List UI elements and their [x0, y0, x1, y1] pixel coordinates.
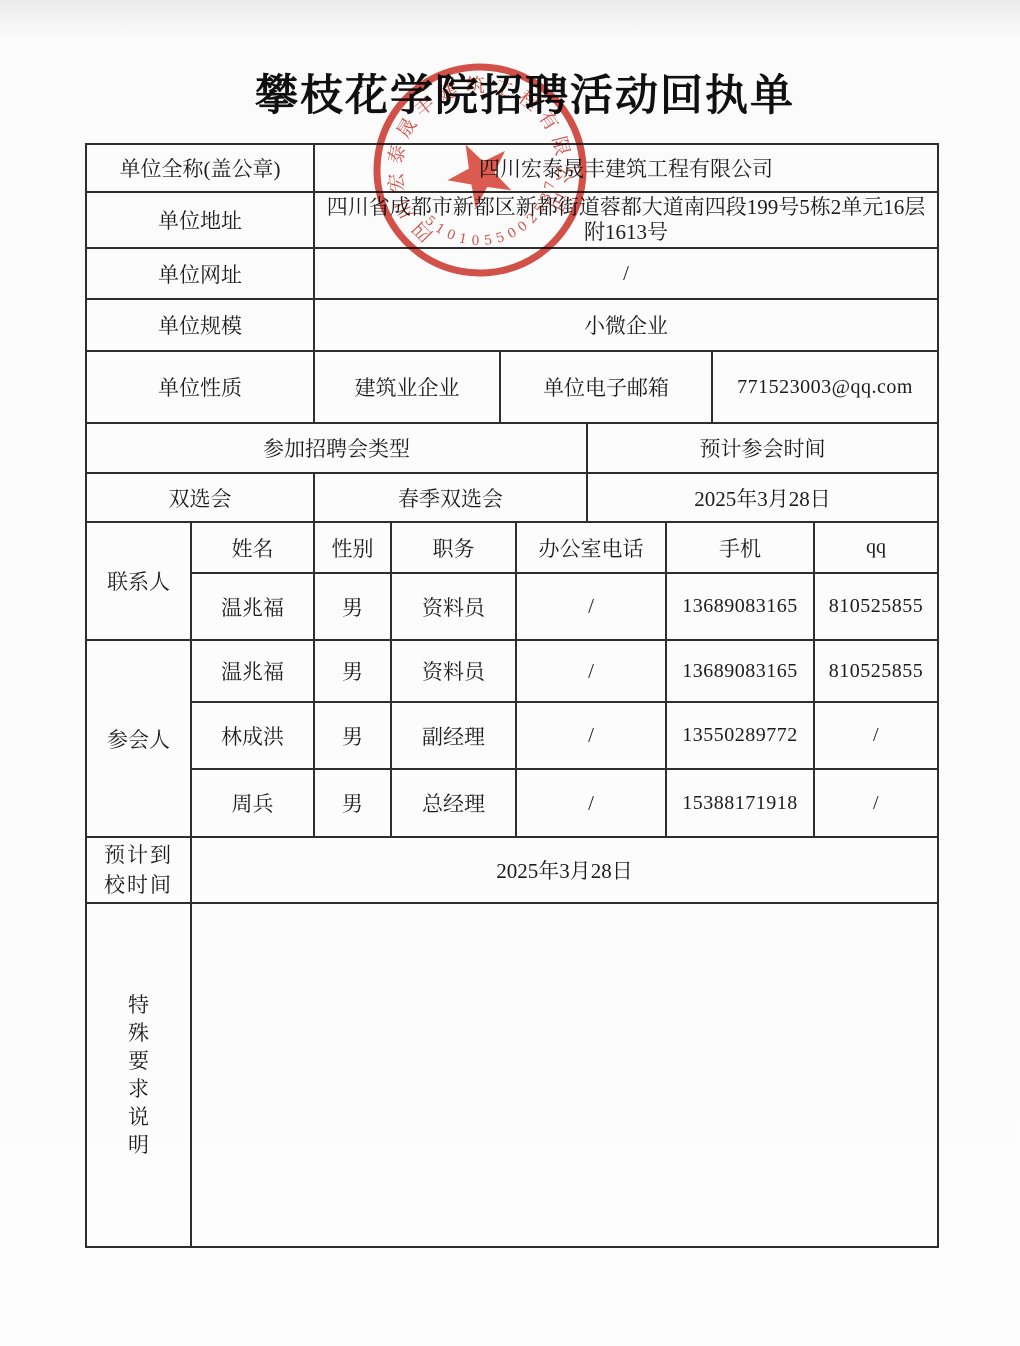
- expected-time-header: 预计参会时间: [587, 423, 938, 473]
- header-gender: 性别: [314, 522, 391, 573]
- header-position: 职务: [391, 522, 516, 573]
- attendee-office-phone: /: [516, 702, 666, 769]
- contact-row: 温兆福 男 资料员 / 13689083165 810525855: [86, 573, 938, 640]
- attendee-mobile: 13550289772: [666, 702, 814, 769]
- header-qq: qq: [814, 522, 938, 573]
- fair-type-value: 春季双选会: [314, 473, 587, 522]
- unit-address-value: 四川省成都市新都区新都街道蓉都大道南四段199号5栋2单元16层附1613号: [314, 192, 938, 248]
- receipt-form-table: 单位全称(盖公章) 四川宏泰晟丰建筑工程有限公司 单位地址 四川省成都市新都区新…: [85, 143, 939, 1248]
- attendee-qq: /: [814, 702, 938, 769]
- special-requirements-value: [191, 903, 938, 1247]
- unit-name-label: 单位全称(盖公章): [86, 144, 314, 192]
- unit-email-value: 771523003@qq.com: [712, 351, 938, 423]
- contact-position: 资料员: [391, 573, 516, 640]
- contact-name: 温兆福: [191, 573, 314, 640]
- contact-mobile: 13689083165: [666, 573, 814, 640]
- fair-value-row: 双选会 春季双选会 2025年3月28日: [86, 473, 938, 522]
- fair-header-row: 参加招聘会类型 预计参会时间: [86, 423, 938, 473]
- attendee-position: 副经理: [391, 702, 516, 769]
- unit-address-row: 单位地址 四川省成都市新都区新都街道蓉都大道南四段199号5栋2单元16层附16…: [86, 192, 938, 248]
- unit-name-value: 四川宏泰晟丰建筑工程有限公司: [314, 144, 938, 192]
- attendee-mobile: 15388171918: [666, 769, 814, 837]
- attendee-mobile: 13689083165: [666, 640, 814, 702]
- arrival-value: 2025年3月28日: [191, 837, 938, 903]
- attendee-gender: 男: [314, 702, 391, 769]
- attendee-name: 周兵: [191, 769, 314, 837]
- contacts-section-label: 联系人: [86, 522, 191, 640]
- unit-scale-row: 单位规模 小微企业: [86, 299, 938, 351]
- arrival-label-text: 预计到校时间: [104, 840, 174, 900]
- unit-name-row: 单位全称(盖公章) 四川宏泰晟丰建筑工程有限公司: [86, 144, 938, 192]
- contact-qq: 810525855: [814, 573, 938, 640]
- attendee-position: 资料员: [391, 640, 516, 702]
- attendee-name: 林成洪: [191, 702, 314, 769]
- fair-category: 双选会: [86, 473, 314, 522]
- unit-website-value: /: [314, 248, 938, 299]
- unit-nature-row: 单位性质 建筑业企业 单位电子邮箱 771523003@qq.com: [86, 351, 938, 423]
- header-name: 姓名: [191, 522, 314, 573]
- unit-scale-value: 小微企业: [314, 299, 938, 351]
- attendee-row: 参会人 温兆福 男 资料员 / 13689083165 810525855: [86, 640, 938, 702]
- contact-office-phone: /: [516, 573, 666, 640]
- special-requirements-label: 特殊要求说明: [86, 903, 191, 1247]
- contact-gender: 男: [314, 573, 391, 640]
- people-header-row: 联系人 姓名 性别 职务 办公室电话 手机 qq: [86, 522, 938, 573]
- attendee-qq: 810525855: [814, 640, 938, 702]
- attendee-gender: 男: [314, 640, 391, 702]
- attendee-row: 周兵 男 总经理 / 15388171918 /: [86, 769, 938, 837]
- header-mobile: 手机: [666, 522, 814, 573]
- unit-address-label: 单位地址: [86, 192, 314, 248]
- attendee-row: 林成洪 男 副经理 / 13550289772 /: [86, 702, 938, 769]
- unit-nature-value: 建筑业企业: [314, 351, 500, 423]
- expected-time-value: 2025年3月28日: [587, 473, 938, 522]
- receipt-form-page: 攀枝花学院招聘活动回执单 单位全称(盖公章) 四川宏泰晟丰建筑工程有限公司 单位…: [0, 0, 1020, 1346]
- unit-scale-label: 单位规模: [86, 299, 314, 351]
- unit-email-label: 单位电子邮箱: [500, 351, 712, 423]
- fair-type-header: 参加招聘会类型: [86, 423, 587, 473]
- attendee-qq: /: [814, 769, 938, 837]
- attendee-office-phone: /: [516, 640, 666, 702]
- arrival-label: 预计到校时间: [86, 837, 191, 903]
- unit-nature-label: 单位性质: [86, 351, 314, 423]
- attendees-section-label: 参会人: [86, 640, 191, 837]
- unit-website-row: 单位网址 /: [86, 248, 938, 299]
- attendee-position: 总经理: [391, 769, 516, 837]
- arrival-row: 预计到校时间 2025年3月28日: [86, 837, 938, 903]
- special-requirements-row: 特殊要求说明: [86, 903, 938, 1247]
- attendee-name: 温兆福: [191, 640, 314, 702]
- header-office-phone: 办公室电话: [516, 522, 666, 573]
- unit-website-label: 单位网址: [86, 248, 314, 299]
- attendee-gender: 男: [314, 769, 391, 837]
- page-title: 攀枝花学院招聘活动回执单: [99, 62, 951, 123]
- attendee-office-phone: /: [516, 769, 666, 837]
- special-requirements-label-text: 特殊要求说明: [127, 991, 150, 1159]
